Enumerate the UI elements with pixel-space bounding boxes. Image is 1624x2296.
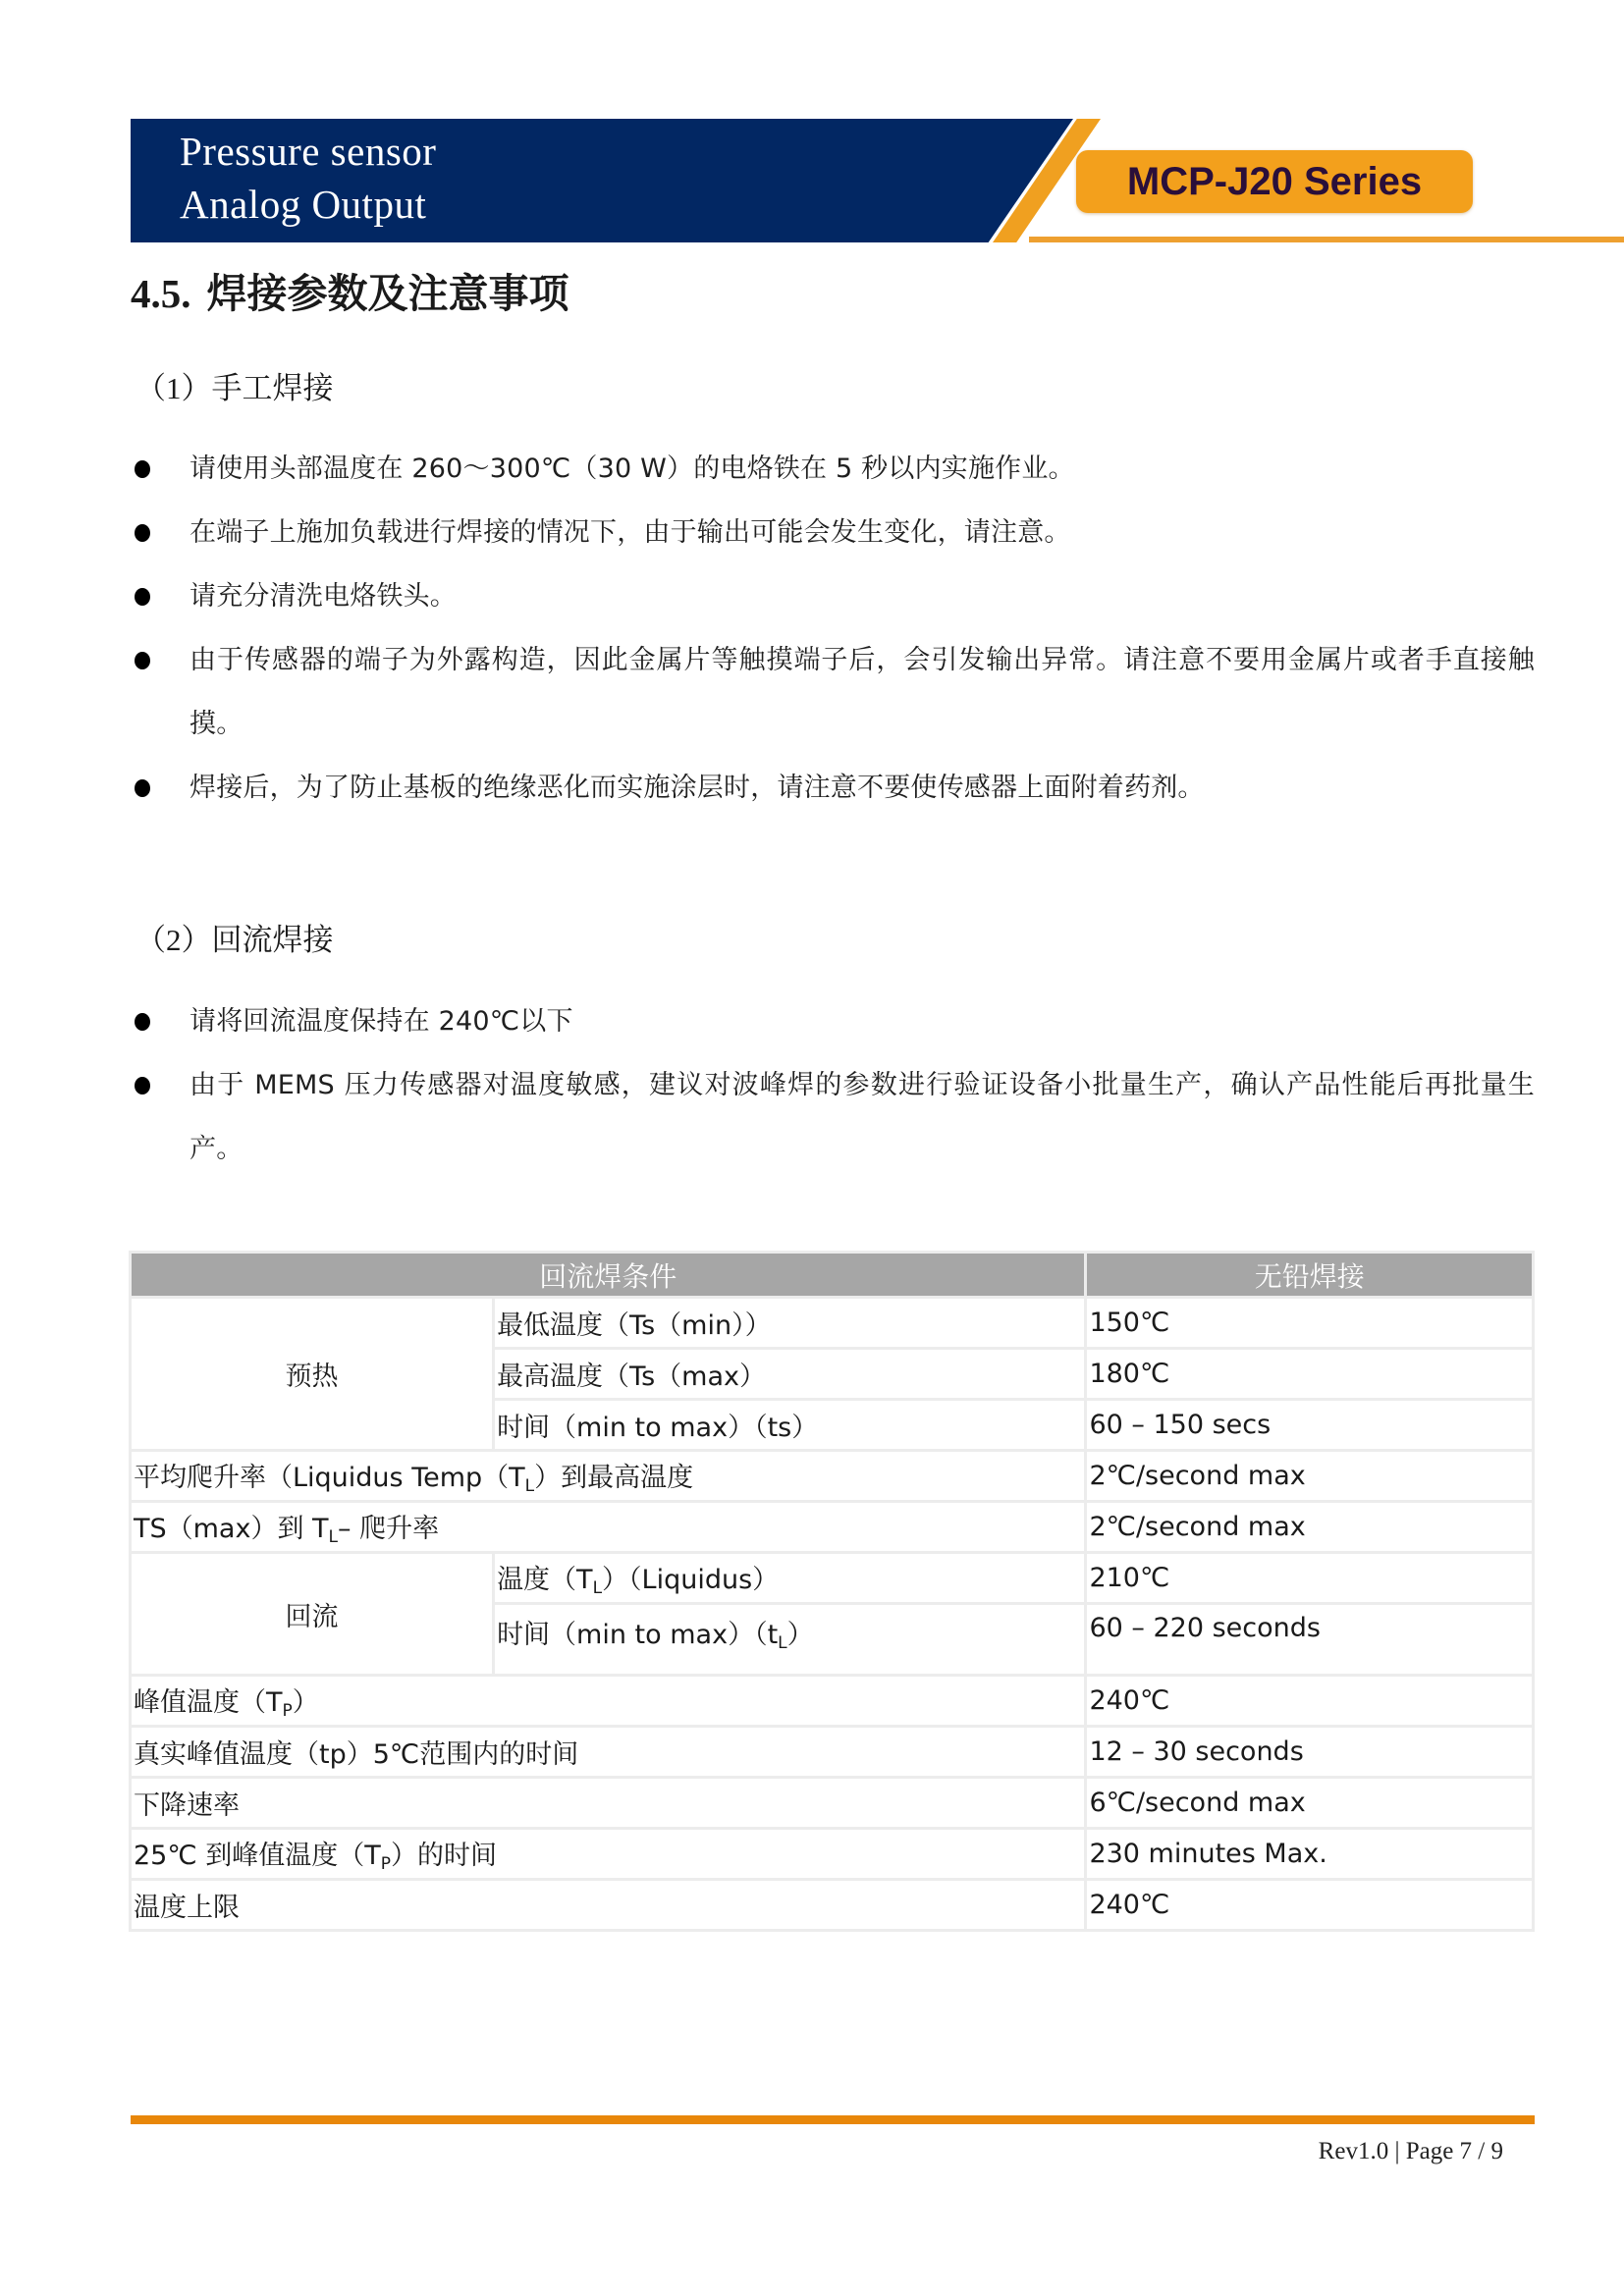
table-row: 平均爬升率（Liquidus Temp（TL）到最高温度 2℃/second m… [132, 1452, 1532, 1500]
table-row: 峰值温度（TP） 240℃ [132, 1677, 1532, 1725]
param-cell: 下降速率 [132, 1779, 1084, 1827]
value-cell: 230 minutes Max. [1087, 1830, 1532, 1878]
table-header-row: 回流焊条件 无铅焊接 [132, 1254, 1532, 1296]
bullet-item: 请将回流温度保持在 240℃以下 [131, 989, 1535, 1053]
table-row: 25℃ 到峰值温度（TP）的时间 230 minutes Max. [132, 1830, 1532, 1878]
bullet-icon [135, 1077, 150, 1095]
header-banner: Pressure sensor Analog Output MCP-J20 Se… [131, 119, 1537, 242]
param-cell: 平均爬升率（Liquidus Temp（TL）到最高温度 [132, 1452, 1084, 1500]
bullet-icon [135, 1013, 150, 1031]
bullet-item: 请充分清洗电烙铁头。 [131, 564, 1535, 628]
bullet-item: 由于传感器的端子为外露构造，因此金属片等触摸端子后，会引发输出异常。请注意不要用… [131, 628, 1535, 756]
param-cell: 温度上限 [132, 1881, 1084, 1929]
title-line-1: Pressure sensor [180, 125, 436, 178]
table-row: 预热 最低温度（Ts（min）） 150℃ [132, 1299, 1532, 1347]
param-cell: 峰值温度（TP） [132, 1677, 1084, 1725]
value-cell: 12 – 30 seconds [1087, 1728, 1532, 1776]
table-row: 温度上限 240℃ [132, 1881, 1532, 1929]
banner-underline [1029, 237, 1624, 242]
footer-divider [131, 2115, 1535, 2124]
series-label: MCP-J20 Series [1127, 160, 1422, 204]
section-number: 4.5. [131, 271, 191, 316]
value-cell: 180℃ [1087, 1350, 1532, 1398]
table-row: TS（max）到 TL– 爬升率 2℃/second max [132, 1503, 1532, 1551]
bullet-item: 在端子上施加负载进行焊接的情况下，由于输出可能会发生变化，请注意。 [131, 501, 1535, 564]
bullet-icon [135, 779, 150, 797]
section-title: 焊接参数及注意事项 [207, 270, 569, 317]
param-cell: 时间（min to max）（ts） [495, 1401, 1084, 1449]
param-cell: 25℃ 到峰值温度（TP）的时间 [132, 1830, 1084, 1878]
bullet-icon [135, 524, 150, 542]
subheading-manual-soldering: （1）手工焊接 [135, 363, 334, 407]
bullet-item: 请使用头部温度在 260～300℃（30 W）的电烙铁在 5 秒以内实施作业。 [131, 437, 1535, 501]
value-cell: 2℃/second max [1087, 1452, 1532, 1500]
bullet-item: 焊接后，为了防止基板的绝缘恶化而实施涂层时，请注意不要使传感器上面附着药剂。 [131, 756, 1535, 820]
param-cell: 最高温度（Ts（max） [495, 1350, 1084, 1398]
title-line-2: Analog Output [180, 178, 436, 231]
param-cell: 真实峰值温度（tp）5℃范围内的时间 [132, 1728, 1084, 1776]
param-cell: TS（max）到 TL– 爬升率 [132, 1503, 1084, 1551]
header-lead-free: 无铅焊接 [1087, 1254, 1532, 1296]
value-cell: 240℃ [1087, 1677, 1532, 1725]
value-cell: 60 – 220 seconds [1087, 1605, 1532, 1674]
value-cell: 6℃/second max [1087, 1779, 1532, 1827]
bullet-icon [135, 460, 150, 478]
param-cell: 温度（TL）（Liquidus） [495, 1554, 1084, 1602]
bullet-icon [135, 652, 150, 669]
bullet-item: 由于 MEMS 压力传感器对温度敏感，建议对波峰焊的参数进行验证设备小批量生产，… [131, 1053, 1535, 1181]
value-cell: 150℃ [1087, 1299, 1532, 1347]
value-cell: 240℃ [1087, 1881, 1532, 1929]
value-cell: 210℃ [1087, 1554, 1532, 1602]
page-footer: Rev1.0 | Page 7 / 9 [1319, 2138, 1503, 2165]
param-cell: 最低温度（Ts（min）） [495, 1299, 1084, 1347]
value-cell: 60 – 150 secs [1087, 1401, 1532, 1449]
section-heading: 4.5.焊接参数及注意事项 [131, 261, 569, 319]
value-cell: 2℃/second max [1087, 1503, 1532, 1551]
reflow-label: 回流 [132, 1554, 492, 1674]
table-row: 下降速率 6℃/second max [132, 1779, 1532, 1827]
series-badge: MCP-J20 Series [1076, 150, 1473, 213]
table-row: 回流 温度（TL）（Liquidus） 210℃ [132, 1554, 1532, 1602]
reflow-conditions-table: 回流焊条件 无铅焊接 预热 最低温度（Ts（min）） 150℃ 最高温度（Ts… [129, 1251, 1535, 1932]
table-row: 真实峰值温度（tp）5℃范围内的时间 12 – 30 seconds [132, 1728, 1532, 1776]
param-cell: 时间（min to max）（tL） [495, 1605, 1084, 1674]
bullet-icon [135, 588, 150, 606]
preheat-label: 预热 [132, 1299, 492, 1449]
subheading-reflow-soldering: （2）回流焊接 [135, 915, 334, 959]
header-condition: 回流焊条件 [132, 1254, 1084, 1296]
product-title: Pressure sensor Analog Output [180, 125, 436, 231]
